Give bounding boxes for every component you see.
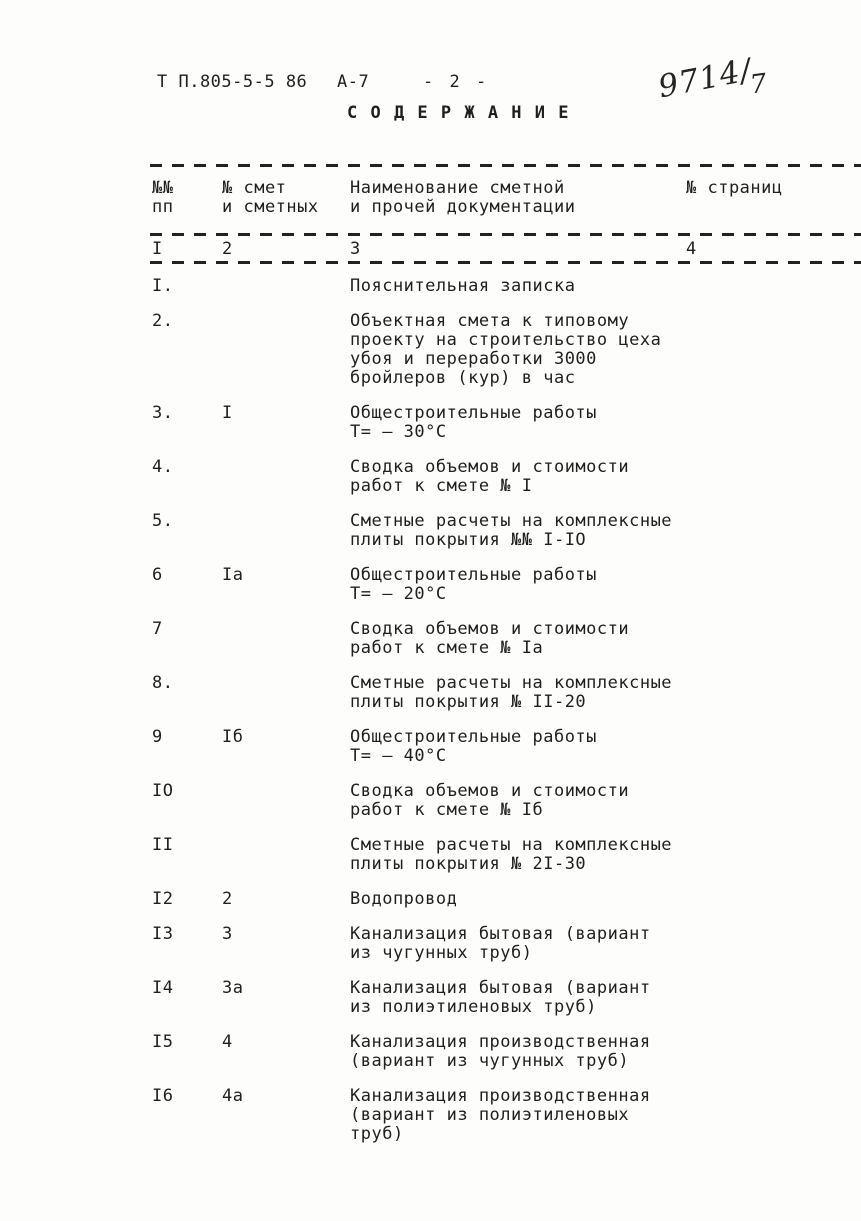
row-doc-name: Сметные расчеты на комплексные плиты пок… [350, 836, 686, 874]
table-row: 4. Сводка объемов и стоимости работ к см… [0, 458, 861, 496]
row-item-number: I4 [152, 979, 222, 1017]
table-row: 7 Сводка объемов и стоимости работ к сме… [0, 620, 861, 658]
handwritten-mark: 9714/7 [656, 52, 772, 105]
row-pages [686, 404, 861, 442]
row-pages [686, 728, 861, 766]
row-doc-name: Сводка объемов и стоимости работ к смете… [350, 458, 686, 496]
row-pages [686, 512, 861, 550]
row-estimate-number: 4 [222, 1033, 350, 1071]
table-row: I2 2 Водопровод [0, 890, 861, 909]
row-doc-name: Водопровод [350, 890, 686, 909]
row-doc-name: Сметные расчеты на комплексные плиты пок… [350, 674, 686, 712]
table-row: II Сметные расчеты на комплексные плиты … [0, 836, 861, 874]
col-header-doc-name: Наименование сметной и прочей документац… [350, 179, 686, 217]
row-doc-name: Общестроительные работы Т= – 20°С [350, 566, 686, 604]
col-header-estimate-number: № смет и сметных [222, 179, 350, 217]
row-estimate-number [222, 312, 350, 388]
table-row: 6 Iа Общестроительные работы Т= – 20°С [0, 566, 861, 604]
row-item-number: I3 [152, 925, 222, 963]
row-estimate-number [222, 620, 350, 658]
row-doc-name: Сводка объемов и стоимости работ к смете… [350, 620, 686, 658]
row-estimate-number [222, 277, 350, 296]
scanned-document-page: Т П.805-5-5 86 А-7 - 2 - 9714/7 С О Д Е … [0, 0, 861, 1221]
table-row: I6 4а Канализация производственная (вари… [0, 1087, 861, 1144]
document-code: Т П.805-5-5 86 [157, 73, 307, 92]
row-pages [686, 925, 861, 963]
row-doc-name: Общестроительные работы Т= – 30°С [350, 404, 686, 442]
row-item-number: 8. [152, 674, 222, 712]
table-row: 8. Сметные расчеты на комплексные плиты … [0, 674, 861, 712]
row-doc-name: Сводка объемов и стоимости работ к смете… [350, 782, 686, 820]
row-pages [686, 1033, 861, 1071]
row-pages [686, 620, 861, 658]
row-pages [686, 566, 861, 604]
row-estimate-number: Iб [222, 728, 350, 766]
column-number-2: 2 [222, 240, 350, 259]
row-estimate-number [222, 512, 350, 550]
row-item-number: 3. [152, 404, 222, 442]
handwritten-denominator: 7 [749, 69, 770, 101]
row-doc-name: Канализация производственная (вариант из… [350, 1087, 686, 1144]
row-item-number: I2 [152, 890, 222, 909]
table-row: 9 Iб Общестроительные работы Т= – 40°С [0, 728, 861, 766]
row-item-number: I5 [152, 1033, 222, 1071]
row-doc-name: Пояснительная записка [350, 277, 686, 296]
row-doc-name: Общестроительные работы Т= – 40°С [350, 728, 686, 766]
contents-table: №№ пп № смет и сметных Наименование смет… [0, 160, 861, 1160]
row-doc-name: Канализация бытовая (вариант из полиэтил… [350, 979, 686, 1017]
row-item-number: 7 [152, 620, 222, 658]
row-item-number: IO [152, 782, 222, 820]
row-estimate-number: I [222, 404, 350, 442]
column-number-3: 3 [350, 240, 686, 259]
row-item-number: I6 [152, 1087, 222, 1144]
row-pages [686, 458, 861, 496]
table-row: I5 4 Канализация производственная (вариа… [0, 1033, 861, 1071]
row-pages [686, 782, 861, 820]
column-numbers-row: I 2 3 4 [0, 240, 861, 259]
page-number: - 2 - [423, 73, 489, 92]
table-header-row: №№ пп № смет и сметных Наименование смет… [0, 179, 861, 217]
row-pages [686, 277, 861, 296]
dashed-divider-bottom [150, 261, 861, 264]
row-estimate-number [222, 836, 350, 874]
row-doc-name: Сметные расчеты на комплексные плиты пок… [350, 512, 686, 550]
table-body: I. Пояснительная записка 2. Объектная см… [0, 277, 861, 1144]
row-pages [686, 674, 861, 712]
table-row: 2. Объектная смета к типовому проекту на… [0, 312, 861, 388]
col-header-item-number: №№ пп [152, 179, 222, 217]
dashed-divider-top [150, 164, 861, 167]
row-doc-name: Объектная смета к типовому проекту на ст… [350, 312, 686, 388]
column-number-4: 4 [686, 240, 861, 259]
row-estimate-number [222, 782, 350, 820]
row-item-number: I. [152, 277, 222, 296]
row-item-number: 6 [152, 566, 222, 604]
row-item-number: 5. [152, 512, 222, 550]
row-pages [686, 312, 861, 388]
row-item-number: 2. [152, 312, 222, 388]
row-estimate-number: 3а [222, 979, 350, 1017]
handwritten-numerator: 9714/ [655, 52, 754, 105]
table-row: IO Сводка объемов и стоимости работ к см… [0, 782, 861, 820]
row-estimate-number: 3 [222, 925, 350, 963]
table-row: I. Пояснительная записка [0, 277, 861, 296]
row-pages [686, 1087, 861, 1144]
row-doc-name: Канализация бытовая (вариант из чугунных… [350, 925, 686, 963]
table-row: I4 3а Канализация бытовая (вариант из по… [0, 979, 861, 1017]
dashed-divider-middle [150, 233, 861, 236]
page-title: С О Д Е Р Ж А Н И Е [347, 104, 570, 123]
row-estimate-number [222, 674, 350, 712]
row-estimate-number [222, 458, 350, 496]
row-estimate-number: 4а [222, 1087, 350, 1144]
table-row: 3. I Общестроительные работы Т= – 30°С [0, 404, 861, 442]
row-pages [686, 836, 861, 874]
row-pages [686, 890, 861, 909]
row-estimate-number: 2 [222, 890, 350, 909]
sheet-code: А-7 [337, 73, 369, 92]
row-item-number: 9 [152, 728, 222, 766]
row-item-number: 4. [152, 458, 222, 496]
table-row: 5. Сметные расчеты на комплексные плиты … [0, 512, 861, 550]
table-row: I3 3 Канализация бытовая (вариант из чуг… [0, 925, 861, 963]
row-estimate-number: Iа [222, 566, 350, 604]
column-number-1: I [152, 240, 222, 259]
col-header-pages: № страниц [686, 179, 861, 217]
row-doc-name: Канализация производственная (вариант из… [350, 1033, 686, 1071]
row-item-number: II [152, 836, 222, 874]
row-pages [686, 979, 861, 1017]
